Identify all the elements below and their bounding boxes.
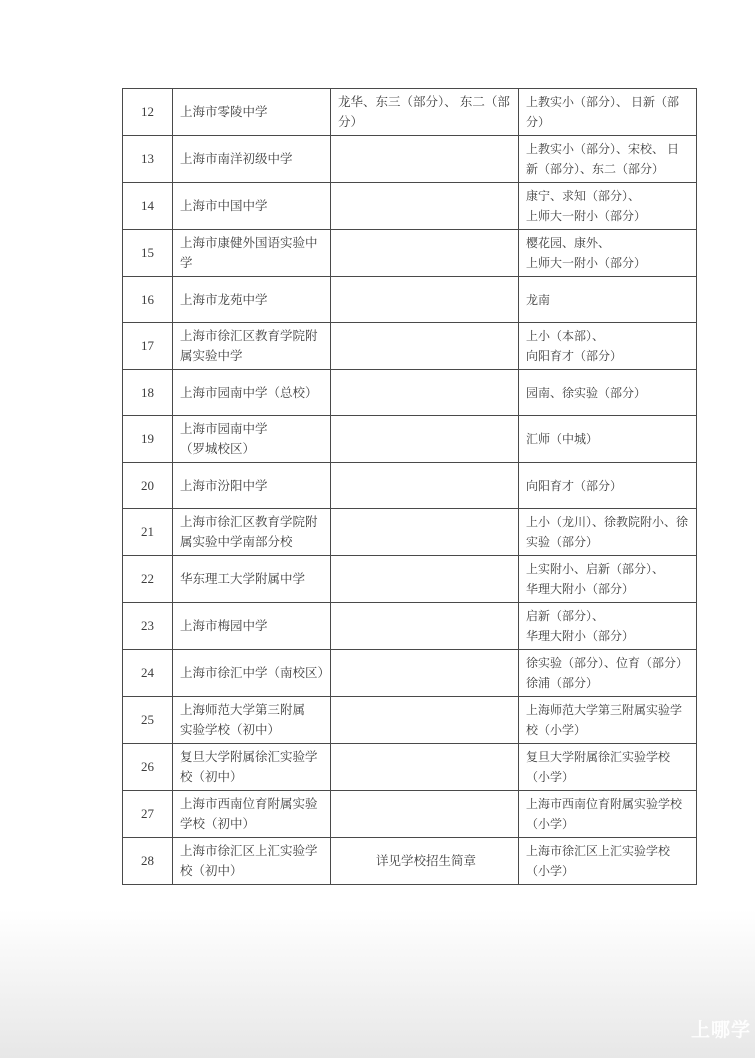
row-number-cell: 22 xyxy=(123,556,173,603)
middle-school-cell: 上海师范大学第三附属 实验学校（初中） xyxy=(173,697,331,744)
table-row: 16上海市龙苑中学龙南 xyxy=(123,277,697,323)
middle-school-cell: 上海市龙苑中学 xyxy=(173,277,331,323)
primary-schools-cell: 龙南 xyxy=(519,277,697,323)
middle-school-cell: 上海市康健外国语实验中 学 xyxy=(173,230,331,277)
primary-schools-cell: 园南、徐实验（部分） xyxy=(519,370,697,416)
table-row: 15上海市康健外国语实验中 学樱花园、康外、 上师大一附小（部分） xyxy=(123,230,697,277)
note-cell xyxy=(331,416,519,463)
note-cell xyxy=(331,277,519,323)
primary-schools-cell: 樱花园、康外、 上师大一附小（部分） xyxy=(519,230,697,277)
row-number-cell: 19 xyxy=(123,416,173,463)
row-number-cell: 28 xyxy=(123,838,173,885)
note-cell xyxy=(331,697,519,744)
table-row: 26复旦大学附属徐汇实验学 校（初中）复旦大学附属徐汇实验学校 （小学） xyxy=(123,744,697,791)
table-row: 22华东理工大学附属中学上实附小、启新（部分）、 华理大附小（部分） xyxy=(123,556,697,603)
primary-schools-cell: 上小（龙川）、徐教院附小、徐 实验（部分） xyxy=(519,509,697,556)
note-cell xyxy=(331,744,519,791)
middle-school-cell: 上海市中国中学 xyxy=(173,183,331,230)
middle-school-cell: 上海市西南位育附属实验 学校（初中） xyxy=(173,791,331,838)
middle-school-cell: 华东理工大学附属中学 xyxy=(173,556,331,603)
primary-schools-cell: 向阳育才（部分） xyxy=(519,463,697,509)
primary-schools-cell: 上教实小（部分）、 日新（部 分） xyxy=(519,89,697,136)
watermark-logo-text: 上哪学 xyxy=(691,1015,751,1042)
row-number-cell: 25 xyxy=(123,697,173,744)
table-body: 12上海市零陵中学龙华、东三（部分）、 东二（部 分）上教实小（部分）、 日新（… xyxy=(123,89,697,885)
note-cell xyxy=(331,603,519,650)
table-row: 20上海市汾阳中学向阳育才（部分） xyxy=(123,463,697,509)
note-cell xyxy=(331,463,519,509)
row-number-cell: 15 xyxy=(123,230,173,277)
primary-schools-cell: 上海市徐汇区上汇实验学校 （小学） xyxy=(519,838,697,885)
row-number-cell: 13 xyxy=(123,136,173,183)
primary-schools-cell: 上小（本部）、 向阳育才（部分） xyxy=(519,323,697,370)
note-cell xyxy=(331,183,519,230)
table-row: 13上海市南洋初级中学上教实小（部分）、宋校、 日 新（部分）、东二（部分） xyxy=(123,136,697,183)
table-row: 17上海市徐汇区教育学院附 属实验中学上小（本部）、 向阳育才（部分） xyxy=(123,323,697,370)
primary-schools-cell: 复旦大学附属徐汇实验学校 （小学） xyxy=(519,744,697,791)
note-cell xyxy=(331,791,519,838)
middle-school-cell: 上海市徐汇中学（南校区） xyxy=(173,650,331,697)
table-row: 28上海市徐汇区上汇实验学 校（初中）详见学校招生简章上海市徐汇区上汇实验学校 … xyxy=(123,838,697,885)
primary-schools-cell: 上海师范大学第三附属实验学 校（小学） xyxy=(519,697,697,744)
primary-schools-cell: 上教实小（部分）、宋校、 日 新（部分）、东二（部分） xyxy=(519,136,697,183)
middle-school-cell: 上海市徐汇区上汇实验学 校（初中） xyxy=(173,838,331,885)
table-row: 25上海师范大学第三附属 实验学校（初中）上海师范大学第三附属实验学 校（小学） xyxy=(123,697,697,744)
middle-school-cell: 上海市南洋初级中学 xyxy=(173,136,331,183)
middle-school-cell: 上海市汾阳中学 xyxy=(173,463,331,509)
primary-schools-cell: 康宁、求知（部分）、 上师大一附小（部分） xyxy=(519,183,697,230)
document-page: { "page": { "background_color": "#ffffff… xyxy=(0,0,755,1058)
middle-school-cell: 上海市梅园中学 xyxy=(173,603,331,650)
note-cell xyxy=(331,509,519,556)
middle-school-cell: 上海市徐汇区教育学院附 属实验中学 xyxy=(173,323,331,370)
primary-schools-cell: 汇师（中城） xyxy=(519,416,697,463)
row-number-cell: 27 xyxy=(123,791,173,838)
middle-school-cell: 上海市零陵中学 xyxy=(173,89,331,136)
table-row: 19上海市园南中学 （罗城校区）汇师（中城） xyxy=(123,416,697,463)
row-number-cell: 20 xyxy=(123,463,173,509)
note-cell xyxy=(331,323,519,370)
row-number-cell: 24 xyxy=(123,650,173,697)
note-cell xyxy=(331,230,519,277)
middle-school-cell: 上海市园南中学 （罗城校区） xyxy=(173,416,331,463)
table-row: 18上海市园南中学（总校）园南、徐实验（部分） xyxy=(123,370,697,416)
note-cell xyxy=(331,650,519,697)
table-row: 14上海市中国中学康宁、求知（部分）、 上师大一附小（部分） xyxy=(123,183,697,230)
table-row: 21上海市徐汇区教育学院附 属实验中学南部分校上小（龙川）、徐教院附小、徐 实验… xyxy=(123,509,697,556)
row-number-cell: 26 xyxy=(123,744,173,791)
table-row: 27上海市西南位育附属实验 学校（初中）上海市西南位育附属实验学校 （小学） xyxy=(123,791,697,838)
note-cell xyxy=(331,136,519,183)
table-row: 24上海市徐汇中学（南校区）徐实验（部分）、位育（部分） 徐浦（部分） xyxy=(123,650,697,697)
middle-school-cell: 上海市徐汇区教育学院附 属实验中学南部分校 xyxy=(173,509,331,556)
school-pairing-table: 12上海市零陵中学龙华、东三（部分）、 东二（部 分）上教实小（部分）、 日新（… xyxy=(122,88,697,885)
note-cell: 详见学校招生简章 xyxy=(331,838,519,885)
primary-schools-cell: 徐实验（部分）、位育（部分） 徐浦（部分） xyxy=(519,650,697,697)
table-row: 23上海市梅园中学启新（部分）、 华理大附小（部分） xyxy=(123,603,697,650)
row-number-cell: 17 xyxy=(123,323,173,370)
row-number-cell: 12 xyxy=(123,89,173,136)
row-number-cell: 21 xyxy=(123,509,173,556)
row-number-cell: 23 xyxy=(123,603,173,650)
table-row: 12上海市零陵中学龙华、东三（部分）、 东二（部 分）上教实小（部分）、 日新（… xyxy=(123,89,697,136)
row-number-cell: 18 xyxy=(123,370,173,416)
note-cell xyxy=(331,370,519,416)
note-cell xyxy=(331,556,519,603)
middle-school-cell: 复旦大学附属徐汇实验学 校（初中） xyxy=(173,744,331,791)
middle-school-cell: 上海市园南中学（总校） xyxy=(173,370,331,416)
primary-schools-cell: 上实附小、启新（部分）、 华理大附小（部分） xyxy=(519,556,697,603)
row-number-cell: 16 xyxy=(123,277,173,323)
primary-schools-cell: 启新（部分）、 华理大附小（部分） xyxy=(519,603,697,650)
note-cell: 龙华、东三（部分）、 东二（部 分） xyxy=(331,89,519,136)
row-number-cell: 14 xyxy=(123,183,173,230)
primary-schools-cell: 上海市西南位育附属实验学校 （小学） xyxy=(519,791,697,838)
